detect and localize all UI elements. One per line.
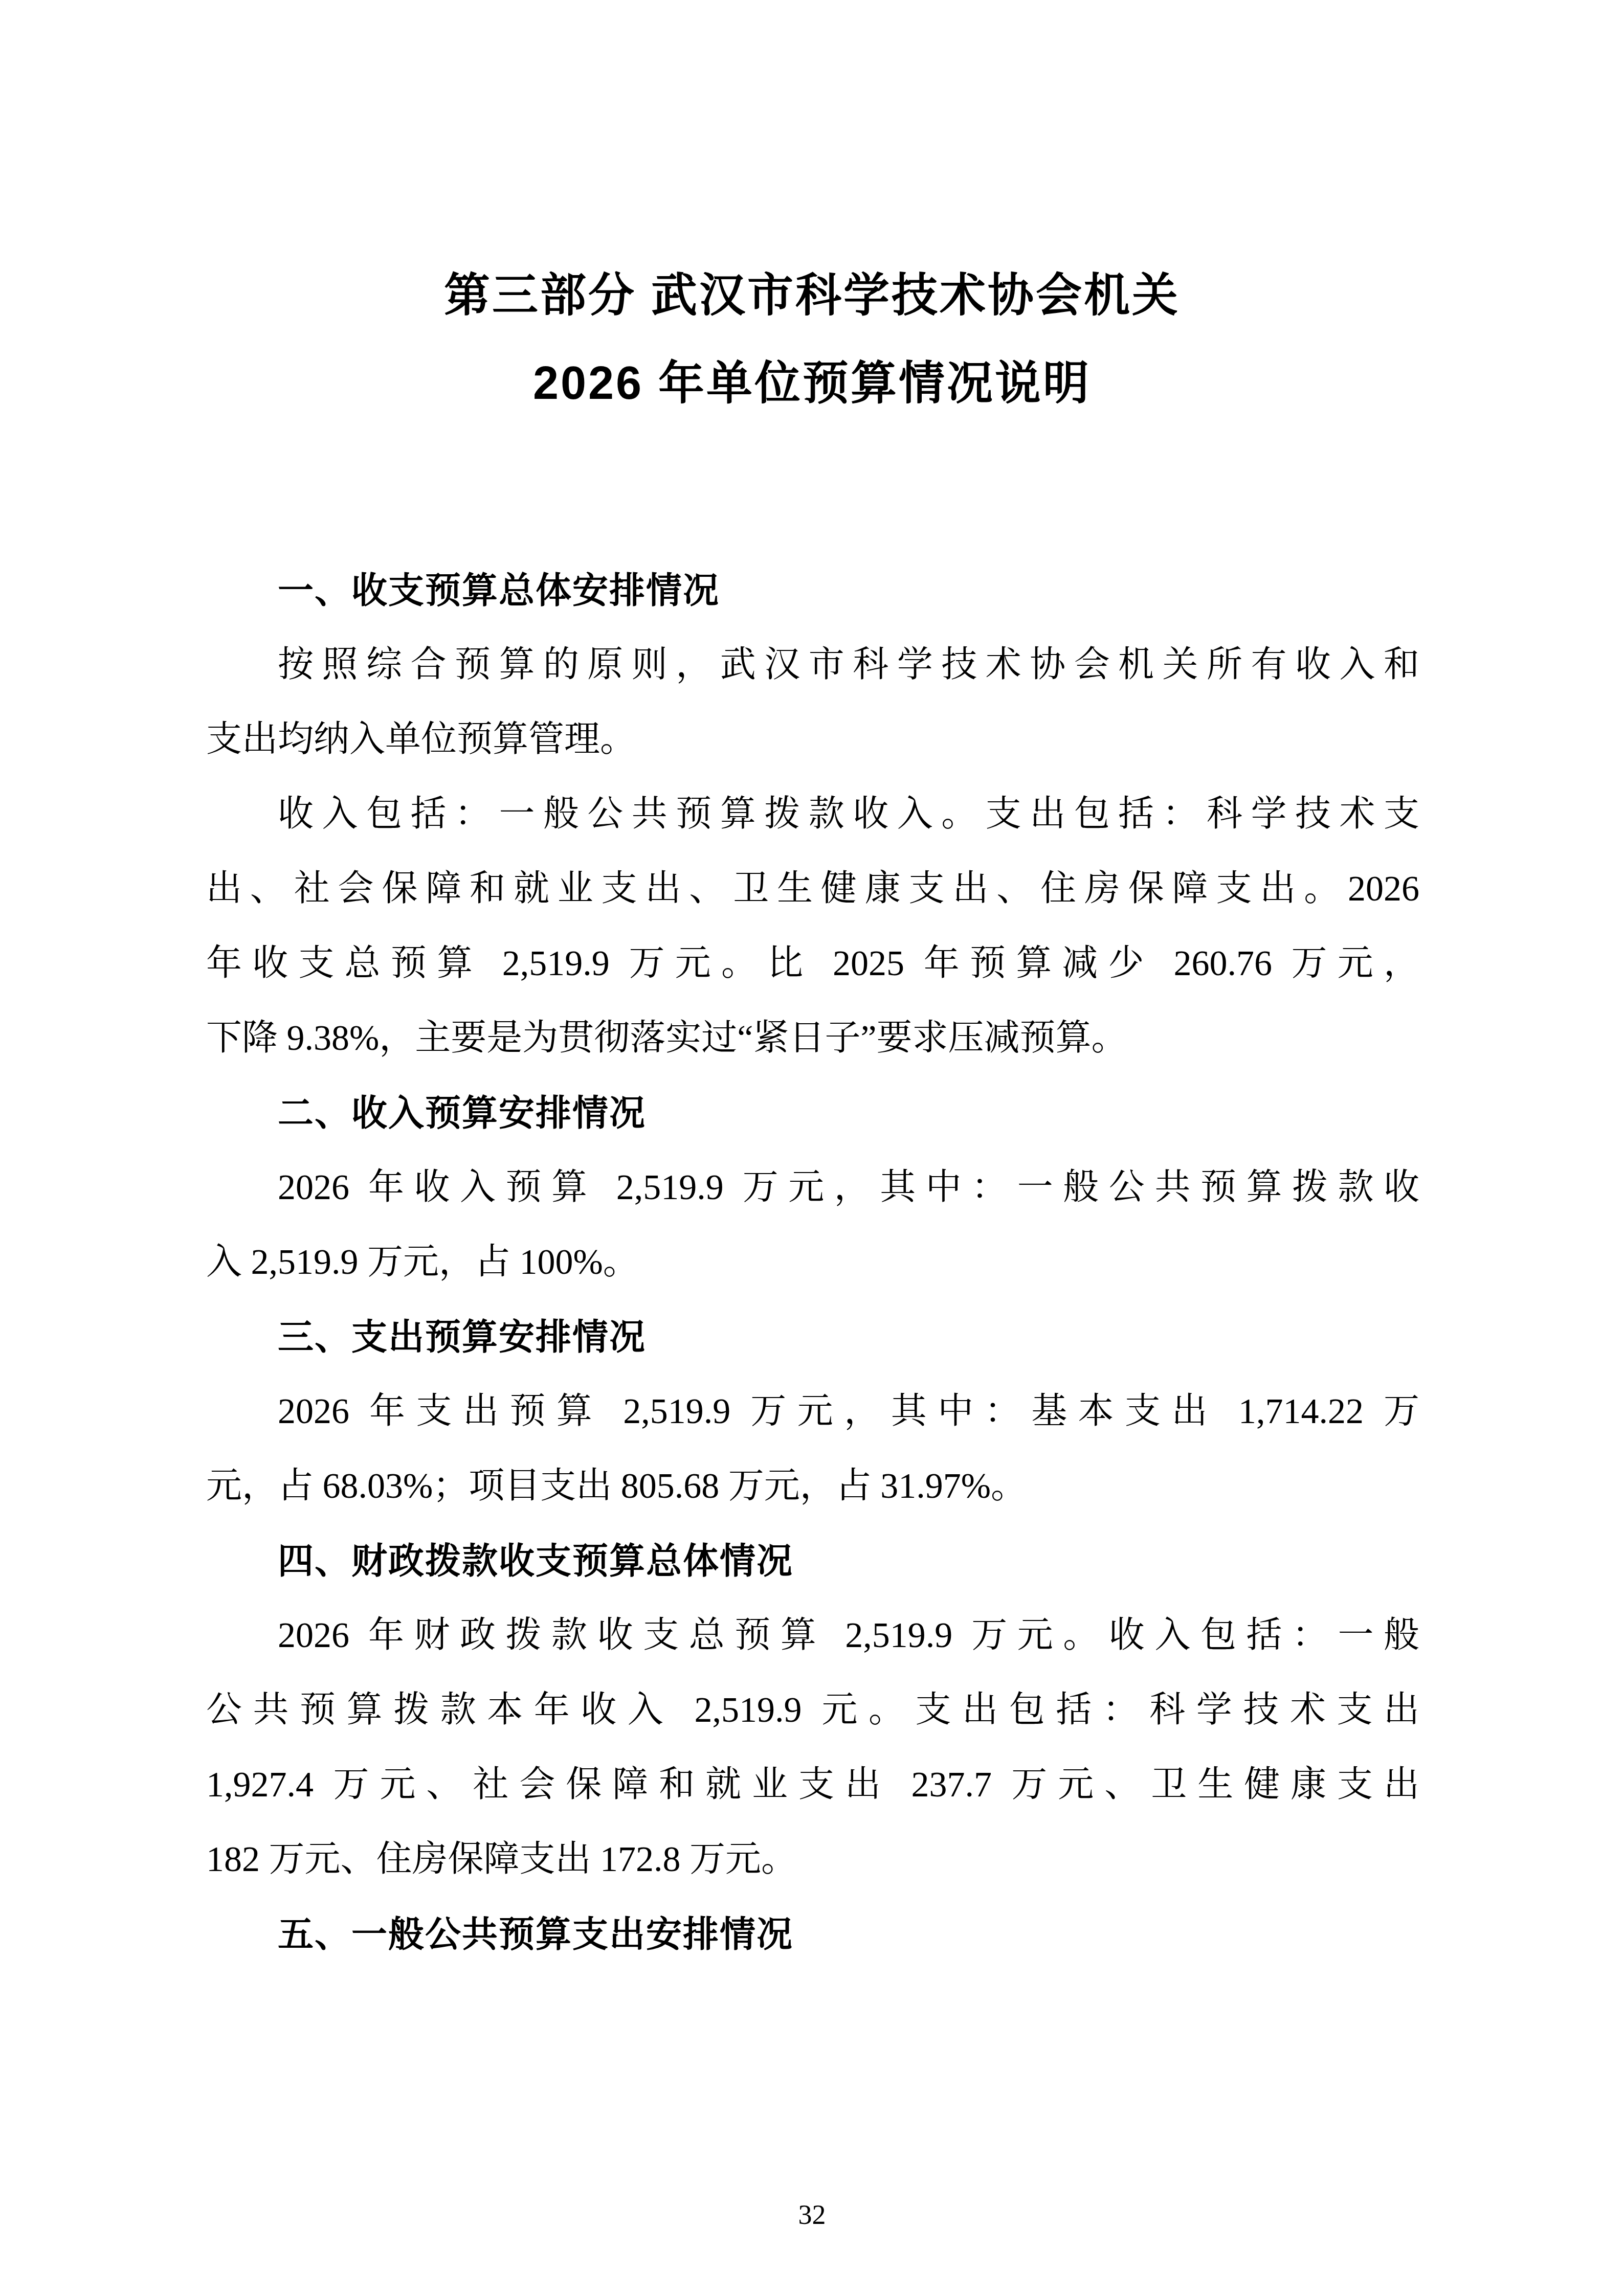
paragraph-line: 1,927.4 万元、社会保障和就业支出 237.7 万元、卫生健康支出 xyxy=(206,1748,1419,1822)
document-page: 第三部分 武汉市科学技术协会机关 2026 年单位预算情况说明 一、收支预算总体… xyxy=(0,0,1624,2296)
document-title-line1: 第三部分 武汉市科学技术协会机关 xyxy=(0,252,1624,340)
paragraph-line: 元，占 68.03%；项目支出 805.68 万元，占 31.97%。 xyxy=(206,1449,1419,1524)
paragraph-line: 出、社会保障和就业支出、卫生健康支出、住房保障支出。2026 xyxy=(206,852,1419,927)
paragraph-line: 按照综合预算的原则，武汉市科学技术协会机关所有收入和 xyxy=(206,628,1419,703)
paragraph-line: 公共预算拨款本年收入 2,519.9 元。支出包括：科学技术支出 xyxy=(206,1673,1419,1748)
section-heading: 二、收入预算安排情况 xyxy=(206,1076,1419,1151)
section-heading: 三、支出预算安排情况 xyxy=(206,1300,1419,1375)
paragraph-line: 2026 年财政拨款收支总预算 2,519.9 万元。收入包括：一般 xyxy=(206,1599,1419,1673)
page-number: 32 xyxy=(0,2197,1624,2233)
section-heading: 四、财政拨款收支预算总体情况 xyxy=(206,1524,1419,1599)
document-title: 第三部分 武汉市科学技术协会机关 2026 年单位预算情况说明 xyxy=(0,0,1624,427)
document-title-line2: 2026 年单位预算情况说明 xyxy=(0,340,1624,427)
paragraph-line: 入 2,519.9 万元，占 100%。 xyxy=(206,1225,1419,1300)
paragraph-line: 支出均纳入单位预算管理。 xyxy=(206,703,1419,777)
paragraph-line: 年收支总预算 2,519.9 万元。比 2025 年预算减少 260.76 万元… xyxy=(206,927,1419,1001)
document-body: 一、收支预算总体安排情况按照综合预算的原则，武汉市科学技术协会机关所有收入和支出… xyxy=(206,553,1419,1972)
paragraph-line: 收入包括：一般公共预算拨款收入。支出包括：科学技术支 xyxy=(206,777,1419,852)
paragraph-line: 2026 年支出预算 2,519.9 万元，其中：基本支出 1,714.22 万 xyxy=(206,1375,1419,1449)
section-heading: 一、收支预算总体安排情况 xyxy=(206,553,1419,628)
section-heading: 五、一般公共预算支出安排情况 xyxy=(206,1897,1419,1972)
paragraph-line: 182 万元、住房保障支出 172.8 万元。 xyxy=(206,1822,1419,1897)
paragraph-line: 2026 年收入预算 2,519.9 万元，其中：一般公共预算拨款收 xyxy=(206,1151,1419,1225)
paragraph-line: 下降 9.38%，主要是为贯彻落实过“紧日子”要求压减预算。 xyxy=(206,1001,1419,1076)
